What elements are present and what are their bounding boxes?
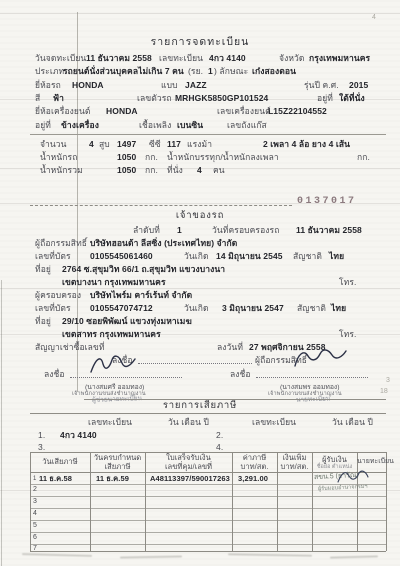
ry-label: (รย.	[188, 66, 203, 76]
model-value: JAZZ	[185, 80, 207, 90]
tel-label: โทร.	[339, 277, 357, 287]
engine-no-value: L15Z22104552	[268, 106, 327, 116]
kg-unit: กก.	[145, 165, 158, 175]
col-header-surcharge-2: บาท/สต.	[277, 462, 312, 471]
ry-value: 1	[208, 66, 213, 76]
scan-smudge	[22, 553, 92, 557]
kg-unit: กก.	[145, 152, 158, 162]
color-label: สี	[35, 93, 40, 103]
document-number-stamp: 0137017	[297, 196, 357, 207]
weight-value: 1050	[117, 152, 136, 162]
color-value: ฟ้า	[53, 93, 64, 103]
vin-location-value: ใต้ที่นั่ง	[339, 93, 365, 103]
registration-document: 4 รายการจดทะเบียน วันจดทะเบียน 11 ธันวาค…	[0, 0, 400, 566]
tax-table-row-index: 6	[33, 534, 37, 541]
possessor-value: บริษัทไพร์ม คาร์เร้นท์ จำกัด	[90, 290, 192, 300]
signature-line-right	[256, 377, 368, 378]
tax-table-row-index: 5	[33, 522, 37, 529]
scan-smudge	[330, 555, 378, 558]
birth-date-value: 14 มิถุนายน 2545	[216, 251, 283, 261]
fuel-label: เชื้อเพลิง	[139, 120, 171, 130]
birth-date-label: วันเกิด	[184, 251, 209, 261]
holder-label: ผู้ถือกรรมสิทธิ์	[35, 238, 87, 248]
kg-unit: กก.	[357, 152, 370, 162]
possession-date-value: 11 ธันวาคม 2558	[296, 225, 362, 235]
birth-date-label-2: วันเกิด	[184, 303, 209, 313]
scan-edge	[1, 280, 2, 566]
vin-value: MRHGK5850GP101524	[175, 93, 268, 103]
signature-left	[88, 352, 138, 376]
axle-wheel-tyre-value: 2 เพลา 4 ล้อ ยาง 4 เส้น	[263, 139, 350, 149]
gas-tank-label: เลขถังแก๊ส	[227, 120, 267, 130]
sequence-label: ลำดับที่	[133, 225, 160, 235]
contract-date-label: ลงวันที่	[217, 342, 243, 352]
reg-date-label: วันจดทะเบียน	[35, 53, 86, 63]
cc-label: ซีซี	[149, 139, 161, 149]
section-title-registration: รายการจดทะเบียน	[0, 37, 400, 47]
sign-label-right: ลงชื่อ	[230, 369, 251, 379]
possession-date-label: วันที่ครอบครองรถ	[212, 225, 279, 235]
engine-location-value: ข้างเครื่อง	[61, 120, 99, 130]
tax-row-4-number: 4.	[216, 442, 223, 452]
col-header-registrar: นายทะเบียน	[357, 457, 386, 466]
brand-label: ยี่ห้อรถ	[35, 80, 61, 90]
signature-right	[292, 346, 348, 372]
tax-table-row-index: 7	[33, 545, 37, 552]
tax-plate-header-2: เลขทะเบียน	[252, 417, 296, 427]
total-weight-value: 1050	[117, 165, 136, 175]
address-value-2-line1: 29/10 ซอยพิพัฒน์ แขวงทุ่งมหาเมฆ	[62, 316, 192, 326]
tax-amount-value: 3,291.00	[238, 474, 268, 484]
table-border	[30, 544, 386, 545]
hp-label: แรงม้า	[187, 139, 212, 149]
margin-mark: 3	[386, 377, 390, 384]
year-value: 2015	[349, 80, 368, 90]
tel-label-2: โทร.	[339, 329, 357, 339]
table-border	[30, 520, 386, 521]
seats-label: ที่นั่ง	[167, 165, 183, 175]
section-title-tax: รายการเสียภาษี	[0, 401, 400, 411]
holder-value: บริษัทฮอนด้า ลีสซิ่ง (ประเทศไทย) จำกัด	[90, 238, 237, 248]
address-label-2: ที่อยู่	[35, 316, 51, 326]
dashed-divider	[30, 205, 292, 206]
receipt-number-value: A48113397/590017263	[150, 474, 230, 484]
address-value-line1: 2764 ซ.สุขุมวิท 66/1 ถ.สุขุมวิท แขวงบางน…	[62, 264, 225, 274]
address-value-2-line2: เขตสาทร กรุงเทพมหานคร	[62, 329, 161, 339]
table-border	[386, 452, 387, 551]
col-header-receipt-2: เลขที่คุม/เลขที่	[145, 462, 232, 471]
address-value-line2: เขตบางนา กรุงเทพมหานคร	[62, 277, 166, 287]
load-weight-label: น้ำหนักบรรทุก/น้ำหนักลงเพลา	[167, 152, 279, 162]
province-value: กรุงเทพมหานคร	[309, 53, 370, 63]
col-header-due-date-2: เสียภาษี	[90, 462, 145, 471]
col-header-tax-amount-1: ค่าภาษี	[232, 453, 277, 462]
plate-label: เลขทะเบียน	[159, 53, 203, 63]
hire-purchase-contract-label: สัญญาเช่าซื้อเลขที่	[35, 342, 105, 352]
possessor-label: ผู้ครอบครอง	[35, 290, 81, 300]
plate-value: 4กว 4140	[209, 53, 246, 63]
table-border	[30, 508, 386, 509]
col-header-surcharge-1: เงินเพิ่ม	[277, 453, 312, 462]
nationality-label: สัญชาติ	[293, 251, 322, 261]
col-header-receipt-1: ใบเสร็จรับเงิน	[145, 453, 232, 462]
divider	[30, 413, 386, 414]
vin-location-label: อยู่ที่	[317, 93, 333, 103]
model-label: แบบ	[161, 80, 178, 90]
divider	[30, 134, 386, 135]
table-border	[357, 452, 358, 551]
shape-value: เก๋งสองตอน	[252, 66, 296, 76]
birth-date-value-2: 3 มิถุนายน 2547	[222, 303, 284, 313]
scan-smudge	[228, 553, 312, 556]
reg-date-value: 11 ธันวาคม 2558	[86, 53, 152, 63]
total-weight-label: น้ำหนักรวม	[40, 165, 83, 175]
col-header-tax-amount-2: บาท/สต.	[232, 462, 277, 471]
cc-value: 1497	[117, 139, 136, 149]
scanline	[0, 288, 400, 289]
nationality-label-2: สัญชาติ	[297, 303, 326, 313]
engine-no-label: เลขเครื่องยนต์	[217, 106, 271, 116]
card-no-label-2: เลขที่บัตร	[35, 303, 71, 313]
nationality-value-2: ไทย	[331, 303, 346, 313]
due-date-value: 11 ธ.ค.59	[96, 474, 129, 484]
margin-mark: 18	[380, 388, 388, 395]
address-label: ที่อยู่	[35, 264, 51, 274]
type-label: ประเภท	[35, 66, 64, 76]
sequence-value: 1	[177, 225, 182, 235]
persons-unit: คน	[213, 165, 225, 175]
cylinder-unit: สูบ	[99, 139, 110, 149]
scanline	[0, 13, 400, 14]
tax-table-row-index: 1	[33, 476, 36, 482]
tax-row-1-number: 1.	[38, 430, 45, 440]
engine-location-label: อยู่ที่	[35, 120, 51, 130]
table-border	[30, 496, 386, 497]
weight-label: น้ำหนักรถ	[40, 152, 77, 162]
tax-date-header-1: วัน เดือน ปี	[168, 417, 209, 427]
table-border	[30, 551, 386, 552]
tax-date-header-2: วัน เดือน ปี	[332, 417, 373, 427]
pay-date-value: 11 ธ.ค.58	[39, 474, 72, 484]
tax-table-row-index: 4	[33, 510, 37, 517]
signature-line-left	[70, 377, 182, 378]
type-value: รถยนต์นั่งส่วนบุคคลไม่เกิน 7 คน	[63, 66, 184, 76]
engine-brand-value: HONDA	[106, 106, 138, 116]
col-header-due-date-1: วันครบกำหนด	[90, 453, 145, 462]
year-label: รุ่นปี ค.ศ.	[304, 80, 339, 90]
tax-row-2-number: 2.	[216, 430, 223, 440]
section-title-owner: เจ้าของรถ	[0, 211, 400, 221]
shape-label: ) ลักษณะ	[214, 66, 248, 76]
seats-value: 4	[197, 165, 202, 175]
tax-row-3-number: 3.	[38, 442, 45, 452]
cylinder-value: 4	[89, 139, 94, 149]
tax-plate-header-1: เลขทะเบียน	[88, 417, 132, 427]
scan-smudge	[120, 555, 182, 558]
hp-value: 117	[167, 139, 181, 149]
vin-label: เลขตัวรถ	[137, 93, 172, 103]
nationality-value: ไทย	[329, 251, 344, 261]
cylinder-label: จำนวน	[40, 139, 67, 149]
province-label: จังหวัด	[279, 53, 305, 63]
receiver-stamp-line2: ผู้รับมอบอำนาจกรมฯ	[318, 483, 368, 494]
fuel-value: เบนซิน	[177, 120, 203, 130]
card-no-value-2: 0105547074712	[90, 303, 153, 313]
signature-line	[138, 363, 252, 364]
sign-label-left: ลงชื่อ	[44, 369, 65, 379]
brand-value: HONDA	[72, 80, 104, 90]
tax-row-1-plate: 4กว 4140	[60, 430, 97, 440]
tax-table-row-index: 3	[33, 498, 37, 505]
page-corner-number: 4	[372, 14, 376, 21]
tax-table-row-index: 2	[33, 486, 37, 493]
table-border	[30, 532, 386, 533]
card-no-value: 0105545061460	[90, 251, 153, 261]
col-header-pay-date: วันเสียภาษี	[30, 457, 90, 466]
card-no-label: เลขที่บัตร	[35, 251, 71, 261]
table-border	[30, 452, 31, 551]
engine-brand-label: ยี่ห้อเครื่องยนต์	[35, 106, 91, 116]
